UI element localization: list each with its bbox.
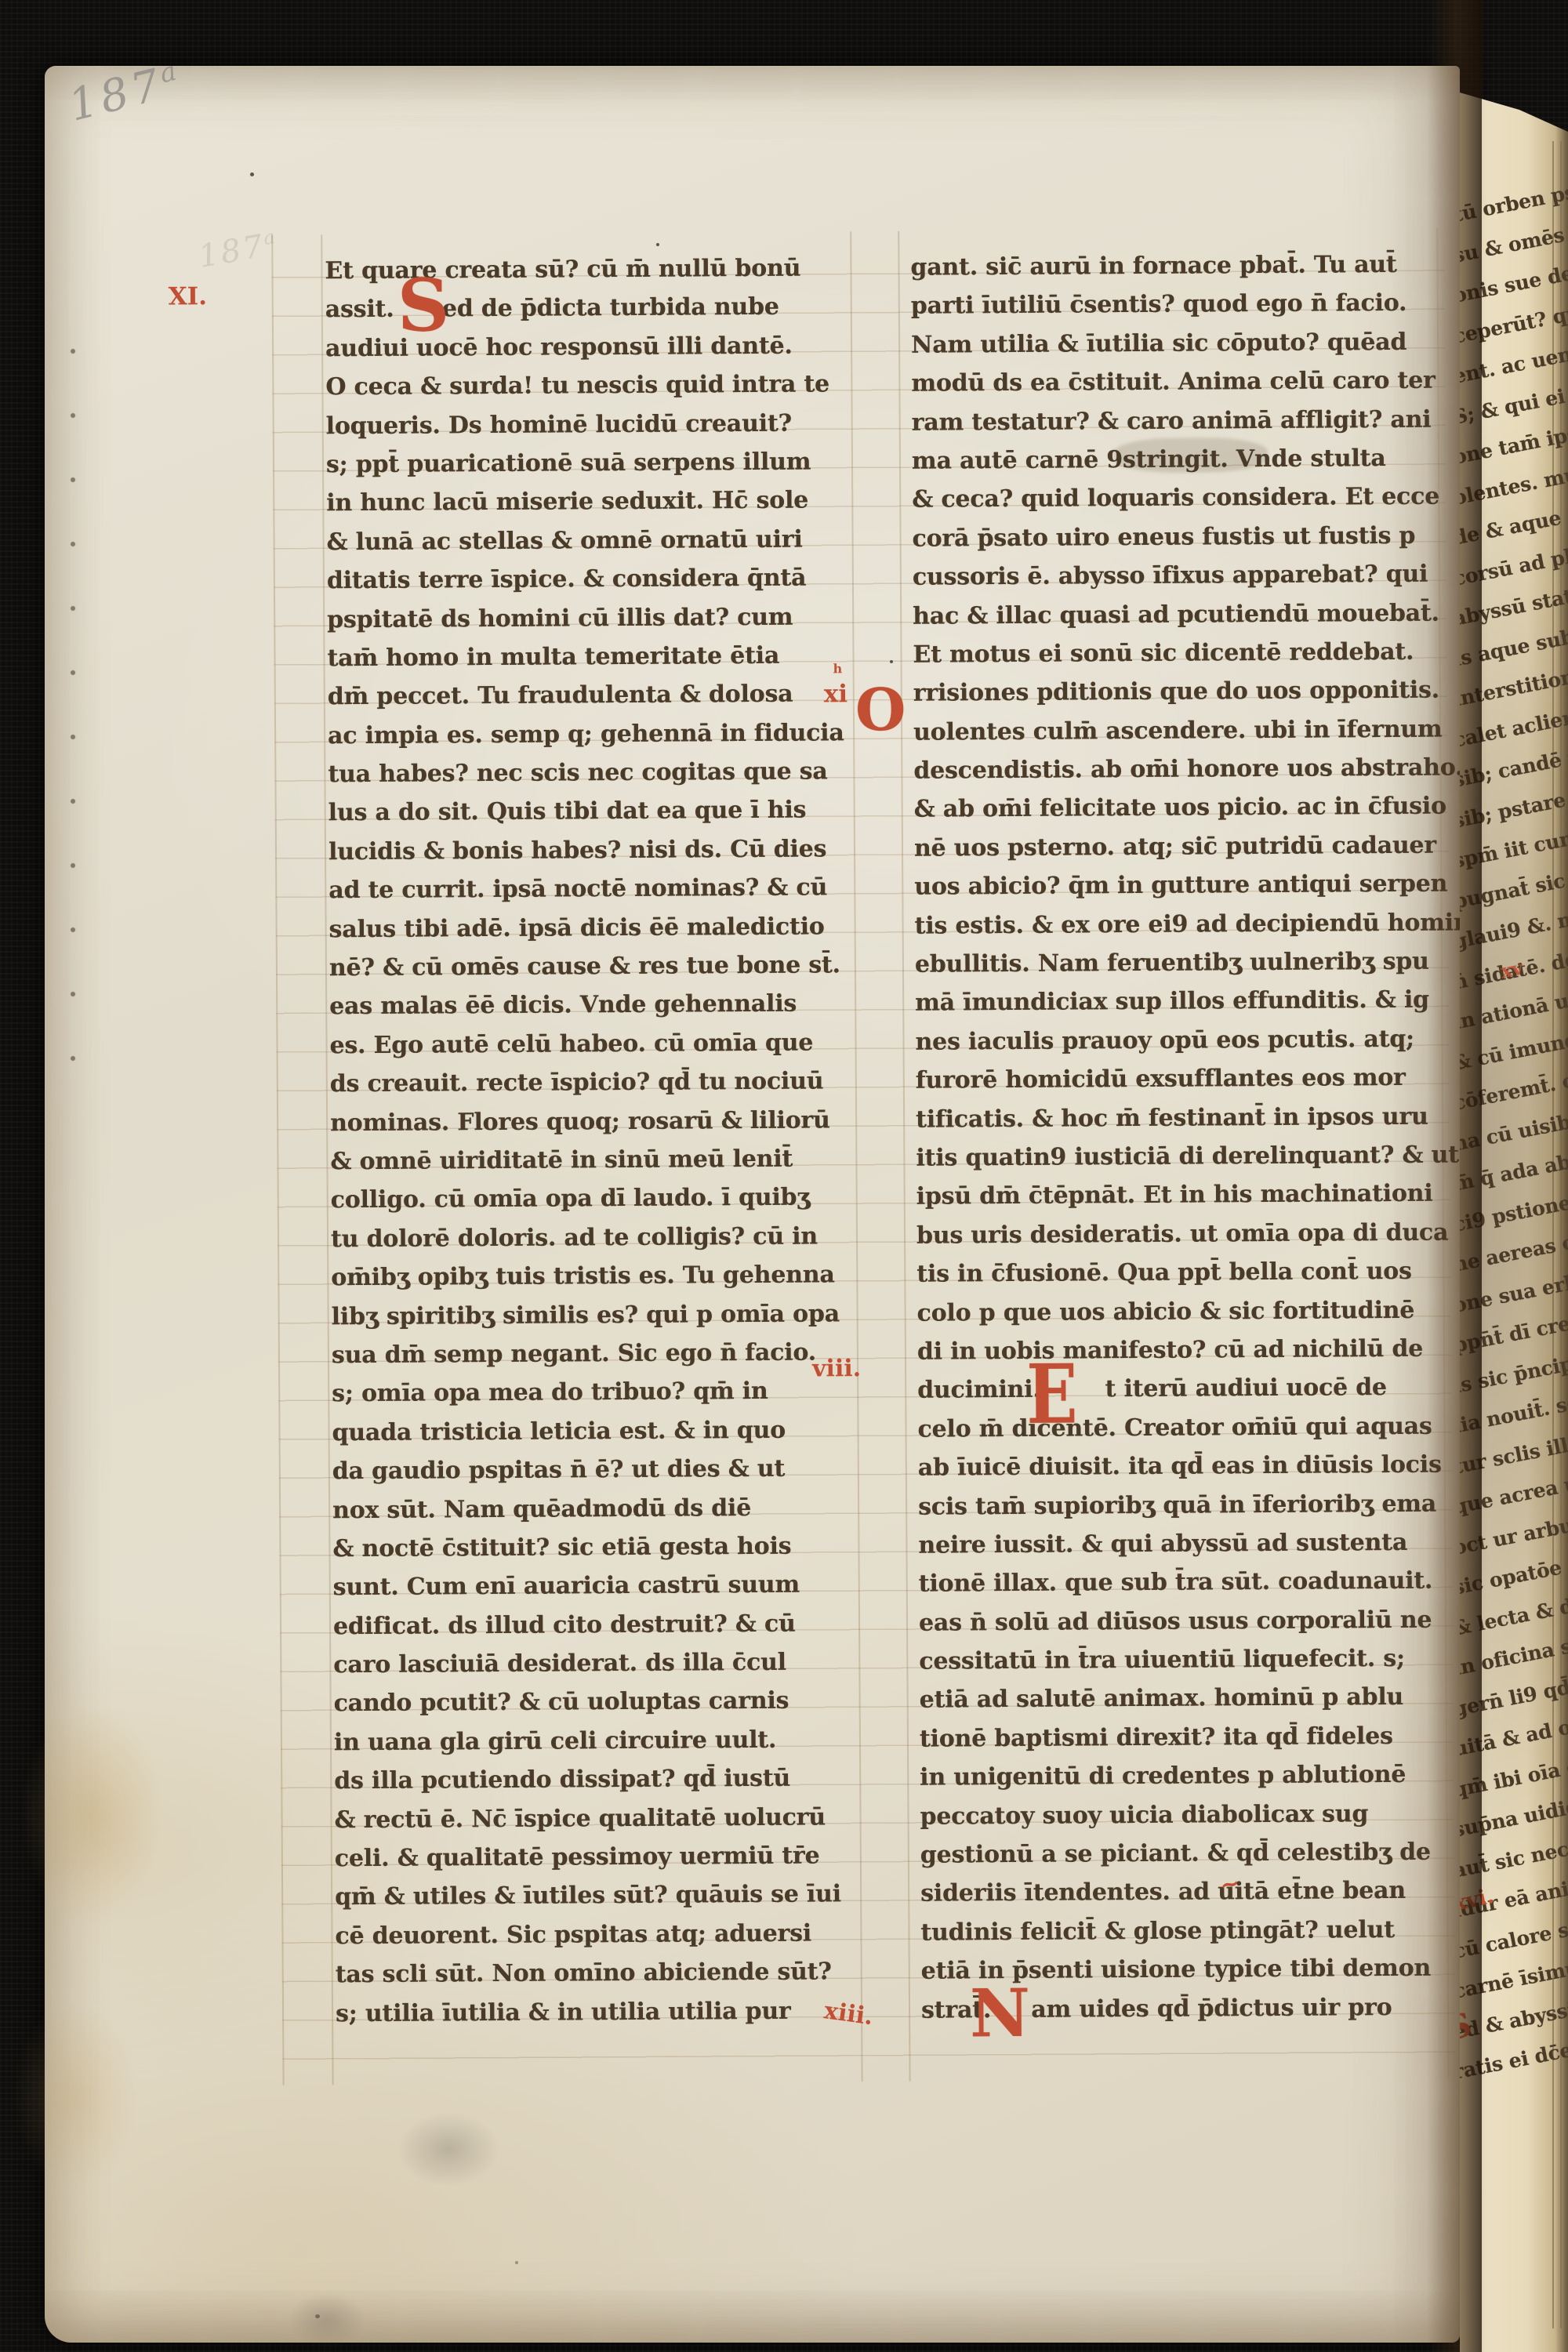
manuscript-text-line: colligo. cū omīa opa dī laudo. ī quibʒ bbox=[331, 1178, 855, 1220]
manuscript-text-line: s; utilia īutilia & in utilia utilia pur bbox=[336, 1991, 859, 2033]
manuscript-text-line: in hunc lacū miserie seduxit. Hc̄ sole bbox=[326, 481, 850, 523]
manuscript-text-line: colo p que uos abicio & sic fortitudinē bbox=[916, 1290, 1448, 1333]
manuscript-text-line: nox sūt. Nam quēadmodū ds diē bbox=[332, 1488, 856, 1530]
manuscript-text-line: di in uobis manifesto? cū ad nichilū de bbox=[917, 1330, 1449, 1372]
gray-smudge bbox=[397, 2112, 499, 2187]
manuscript-text-line: libʒ spiritibʒ similis es? qui p omīa op… bbox=[331, 1294, 855, 1336]
manuscript-text-line: ad te currit. ipsā noctē nominas? & cū bbox=[328, 868, 852, 909]
manuscript-text-line: tam̄ homo in multa temeritate ētia bbox=[327, 636, 851, 677]
manuscript-text-line: ditatis terre īspice. & considera q̄ntā bbox=[327, 558, 851, 600]
manuscript-text-line: & ceca? quid loquaris considera. Et ecce bbox=[912, 477, 1443, 520]
manuscript-text-line: pspitatē ds homini cū illis dat? cum bbox=[327, 597, 851, 639]
manuscript-text-line: nē? & cū omēs cause & res tue bone st̄. bbox=[329, 946, 853, 987]
manuscript-text-line: parti īutiliū c̄sentis? quod ego n̄ faci… bbox=[911, 284, 1443, 326]
manuscript-text-line: peccatoy suoy uicia diabolicax sug bbox=[920, 1794, 1451, 1836]
manuscript-text-line: & rectū ē. Nc̄ īspice qualitatē uolucrū bbox=[334, 1798, 858, 1839]
gray-smudge bbox=[288, 2292, 366, 2347]
manuscript-text-line: nē uos psterno. atq; sic̄ putridū cadaue… bbox=[914, 826, 1446, 868]
manuscript-text-line: rrisiones pditionis que do uos opponitis… bbox=[913, 671, 1445, 713]
manuscript-text-line: ducimini. t iterū audiui uocē de bbox=[917, 1368, 1449, 1410]
manuscript-text-line: da gaudio pspitas n̄ ē? ut dies & ut bbox=[332, 1449, 856, 1490]
manuscript-text-line: lucidis & bonis habes? nisi ds. Cū dies bbox=[328, 829, 852, 871]
manuscript-text-line: cessitatū in t̄ra uiuentiū liquefecit. s… bbox=[919, 1639, 1450, 1682]
initial-S: S bbox=[397, 273, 450, 338]
manuscript-text-line: ds illa pcutiendo dissipat? qd̄ iustū bbox=[334, 1759, 858, 1800]
manuscript-text-line: celi. & qualitatē pessimoy uermiū tr̄e bbox=[335, 1836, 858, 1878]
manuscript-text-line: & noctē c̄stituit? sic etiā gesta hois bbox=[332, 1526, 856, 1568]
manuscript-text-line: & lunā ac stellas & omnē ornatū uiri bbox=[326, 520, 850, 561]
manuscript-text-line: sua dm̄ semp negant. Sic ego n̄ facio. bbox=[332, 1333, 855, 1374]
manuscript-text-line: mā īmundiciax sup illos effunditis. & ig bbox=[915, 981, 1446, 1023]
initial-O: O bbox=[855, 684, 906, 737]
manuscript-text-line: neire iussit. & qui abyssū ad sustenta bbox=[918, 1523, 1450, 1565]
manuscript-text-line: uolentes culm̄ ascendere. ubi in īfernum bbox=[913, 710, 1445, 752]
manuscript-text-line: furorē homicidū exsufflantes eos mor bbox=[916, 1058, 1447, 1101]
ink-speck bbox=[515, 2261, 518, 2264]
manuscript-text-line: tionē illax. que sub t̄ra sūt. coadunaui… bbox=[919, 1562, 1450, 1604]
manuscript-text-line: gestionū a se piciant. & qd̄ celestibʒ d… bbox=[920, 1833, 1452, 1875]
manuscript-text-line: s; ppt̄ puaricationē suā serpens illum bbox=[326, 442, 850, 484]
manuscript-text-line: etiā ad salutē animax. hominū p ablu bbox=[919, 1678, 1450, 1720]
manuscript-text-line: eas malas ēē dicis. Vnde gehennalis bbox=[329, 985, 853, 1026]
manuscript-text-line: es. Ego autē celū habeo. cū omīa que bbox=[329, 1023, 853, 1065]
ink-speck bbox=[250, 172, 254, 176]
parchment-stain bbox=[21, 1704, 162, 1924]
manuscript-text-line: ebullitis. Nam feruentibʒ uulneribʒ spu bbox=[915, 942, 1446, 985]
ink-smudge bbox=[1114, 437, 1268, 473]
ink-speck bbox=[890, 660, 893, 663]
manuscript-text-line: sideriis ītendentes. ad uitā et̄ne bean bbox=[920, 1871, 1452, 1914]
chapter-numeral-xi-left-margin: XI. bbox=[169, 282, 208, 310]
manuscript-text-line: celo m̄ dicentē. Creator om̄iū qui aquas bbox=[917, 1406, 1449, 1449]
initial-N: N bbox=[970, 1984, 1030, 2043]
sliver-chapter-numeral-xv: xv bbox=[1498, 956, 1524, 983]
manuscript-text-line: ds creauit. recte īspicio? qd̄ tu nociuū bbox=[330, 1062, 854, 1103]
manuscript-text-line: scis tam̄ supioribʒ quā in īferioribʒ em… bbox=[918, 1484, 1450, 1526]
manuscript-text-line: Et motus ei sonū sic dicentē reddebat. bbox=[913, 633, 1444, 675]
manuscript-text-line: quada tristicia leticia est. & in quo bbox=[332, 1410, 855, 1452]
manuscript-text-line: s; omīa opa mea do tribuo? qm̄ in bbox=[332, 1372, 855, 1414]
manuscript-text-line: loqueris. Ds hominē lucidū creauit? bbox=[326, 404, 850, 445]
manuscript-text-line: Nam utilia & īutilia sic cōputo? quēad bbox=[911, 322, 1443, 365]
manuscript-text-line: gant. sic̄ aurū in fornace pbat̄. Tu aut… bbox=[910, 245, 1442, 288]
text-layer: Et quare creata sū? cū m̄ nullū bonūassi… bbox=[39, 62, 1468, 2347]
manuscript-text-line: modū ds ea c̄stituit. Anima celū caro te… bbox=[911, 361, 1443, 404]
manuscript-text-line: ipsū dm̄ c̄tēpnāt. Et in his machination… bbox=[916, 1174, 1448, 1217]
parchment-stain bbox=[13, 2002, 139, 2190]
manuscript-text-line: tionē baptismi direxit? ita qd̄ fideles bbox=[920, 1716, 1451, 1759]
manuscript-text-line: O ceca & surda! tu nescis quid intra te bbox=[325, 365, 849, 406]
manuscript-text-line: nes iaculis prauoy opū eos pcutis. atq; bbox=[915, 1019, 1446, 1062]
manuscript-text-line: tificatis. & hoc m̄ festinant̄ in ipsos … bbox=[916, 1097, 1447, 1139]
chapter-numeral-tie-mark: h bbox=[833, 661, 843, 676]
manuscript-text-line: sunt. Cum enī auaricia castrū suum bbox=[333, 1565, 857, 1606]
manuscript-text-line: qm̄ & utiles & īutiles sūt? quāuis se īu… bbox=[335, 1875, 858, 1917]
manuscript-text-line: tis in c̄fusionē. Qua ppt̄ bella cont̄ u… bbox=[916, 1252, 1448, 1294]
manuscript-text-line: ram testatur? & caro animā affligit? ani bbox=[912, 400, 1443, 442]
manuscript-text-line: tua habes? nec scis nec cogitas que sa bbox=[328, 752, 851, 793]
text-column-left: Et quare creata sū? cū m̄ nullū bonūassi… bbox=[325, 249, 859, 2033]
manuscript-text-line: uos abicio? q̄m in gutture antiqui serpe… bbox=[914, 865, 1446, 907]
manuscript-text-line: salus tibi adē. ipsā dicis ēē maledictio bbox=[328, 907, 852, 949]
ink-speck bbox=[656, 243, 659, 246]
chapter-numeral-viii: viii. bbox=[812, 1355, 861, 1382]
manuscript-text-line: itis quatin9 iusticiā di derelinquant? &… bbox=[916, 1136, 1447, 1178]
manuscript-text-line: in uana gla girū celi circuire uult. bbox=[334, 1720, 858, 1762]
manuscript-text-line: eas n̄ solū ad diūsos usus corporaliū ne bbox=[919, 1600, 1450, 1642]
gutter-shadow bbox=[1427, 0, 1482, 2352]
manuscript-text-line: om̄ibʒ opibʒ tuis tristis es. Tu gehenna bbox=[331, 1255, 855, 1297]
initial-E: E bbox=[1026, 1357, 1078, 1431]
manuscript-text-line: lus a do sit. Quis tibi dat ea que ī his bbox=[328, 791, 852, 833]
manuscript-text-line: cando pcutit? & cū uoluptas carnis bbox=[334, 1682, 858, 1723]
manuscript-text-line: cussoris ē. abysso īfixus apparebat? qui bbox=[913, 555, 1444, 597]
manuscript-text-line: bus uris desideratis. ut omīa opa di duc… bbox=[916, 1213, 1448, 1255]
manuscript-text-line: edificat. ds illud cito destruit? & cū bbox=[333, 1604, 857, 1646]
manuscript-text-line: caro lasciuiā desiderat. ds illa c̄cul bbox=[333, 1642, 857, 1684]
manuscript-text-line: ac impia es. semp q; gehennā in fiducia bbox=[328, 713, 851, 755]
manuscript-text-line: nominas. Flores quoq; rosarū & liliorū bbox=[330, 1101, 854, 1142]
manuscript-text-line: corā p̄sato uiro eneus fustis ut fustis … bbox=[912, 516, 1443, 558]
ink-speck bbox=[315, 2314, 320, 2318]
photograph-of-manuscript-opening: 187a 187a Et quare creata sū? cū m̄ null… bbox=[0, 0, 1568, 2352]
manuscript-text-line: & ab om̄i felicitate uos picio. ac in c̄… bbox=[914, 787, 1446, 829]
manuscript-text-line: cē deuorent. Sic pspitas atq; aduersi bbox=[335, 1914, 858, 1955]
manuscript-text-line: dm̄ peccet. Tu fraudulenta & dolosa bbox=[328, 675, 851, 717]
manuscript-text-line: tudinis felicit̄ & glose ptingāt? uelut bbox=[920, 1910, 1452, 1952]
manuscript-text-line: hac & illac quasi ad pcutiendū mouebat̄. bbox=[913, 593, 1444, 636]
manuscript-text-line: tis estis. & ex ore ei9 ad decipiendū ho… bbox=[914, 903, 1446, 946]
manuscript-text-line: in unigenitū di credentes p ablutionē bbox=[920, 1755, 1451, 1798]
manuscript-text-line: descendistis. ab om̄i honore uos abstrah… bbox=[913, 749, 1445, 791]
chapter-numeral-xi-intercolumn: xi bbox=[824, 680, 848, 708]
manuscript-text-line: & omnē uiriditatē in sinū meū lenit̄ bbox=[330, 1139, 854, 1181]
manuscript-text-line: tas scli sūt. Non omīno abiciende sūt? bbox=[336, 1952, 859, 1994]
pricking-holes bbox=[68, 345, 78, 1113]
manuscript-text-line: tu dolorē doloris. ad te colligis? cū in bbox=[331, 1217, 855, 1258]
text-column-right: gant. sic̄ aurū in fornace pbat̄. Tu aut… bbox=[910, 245, 1453, 2030]
manuscript-left-page: 187a 187a Et quare creata sū? cū m̄ null… bbox=[45, 66, 1460, 2343]
manuscript-text-line: ab īuicē diuisit. ita qd̄ eas in diūsis … bbox=[918, 1446, 1450, 1488]
